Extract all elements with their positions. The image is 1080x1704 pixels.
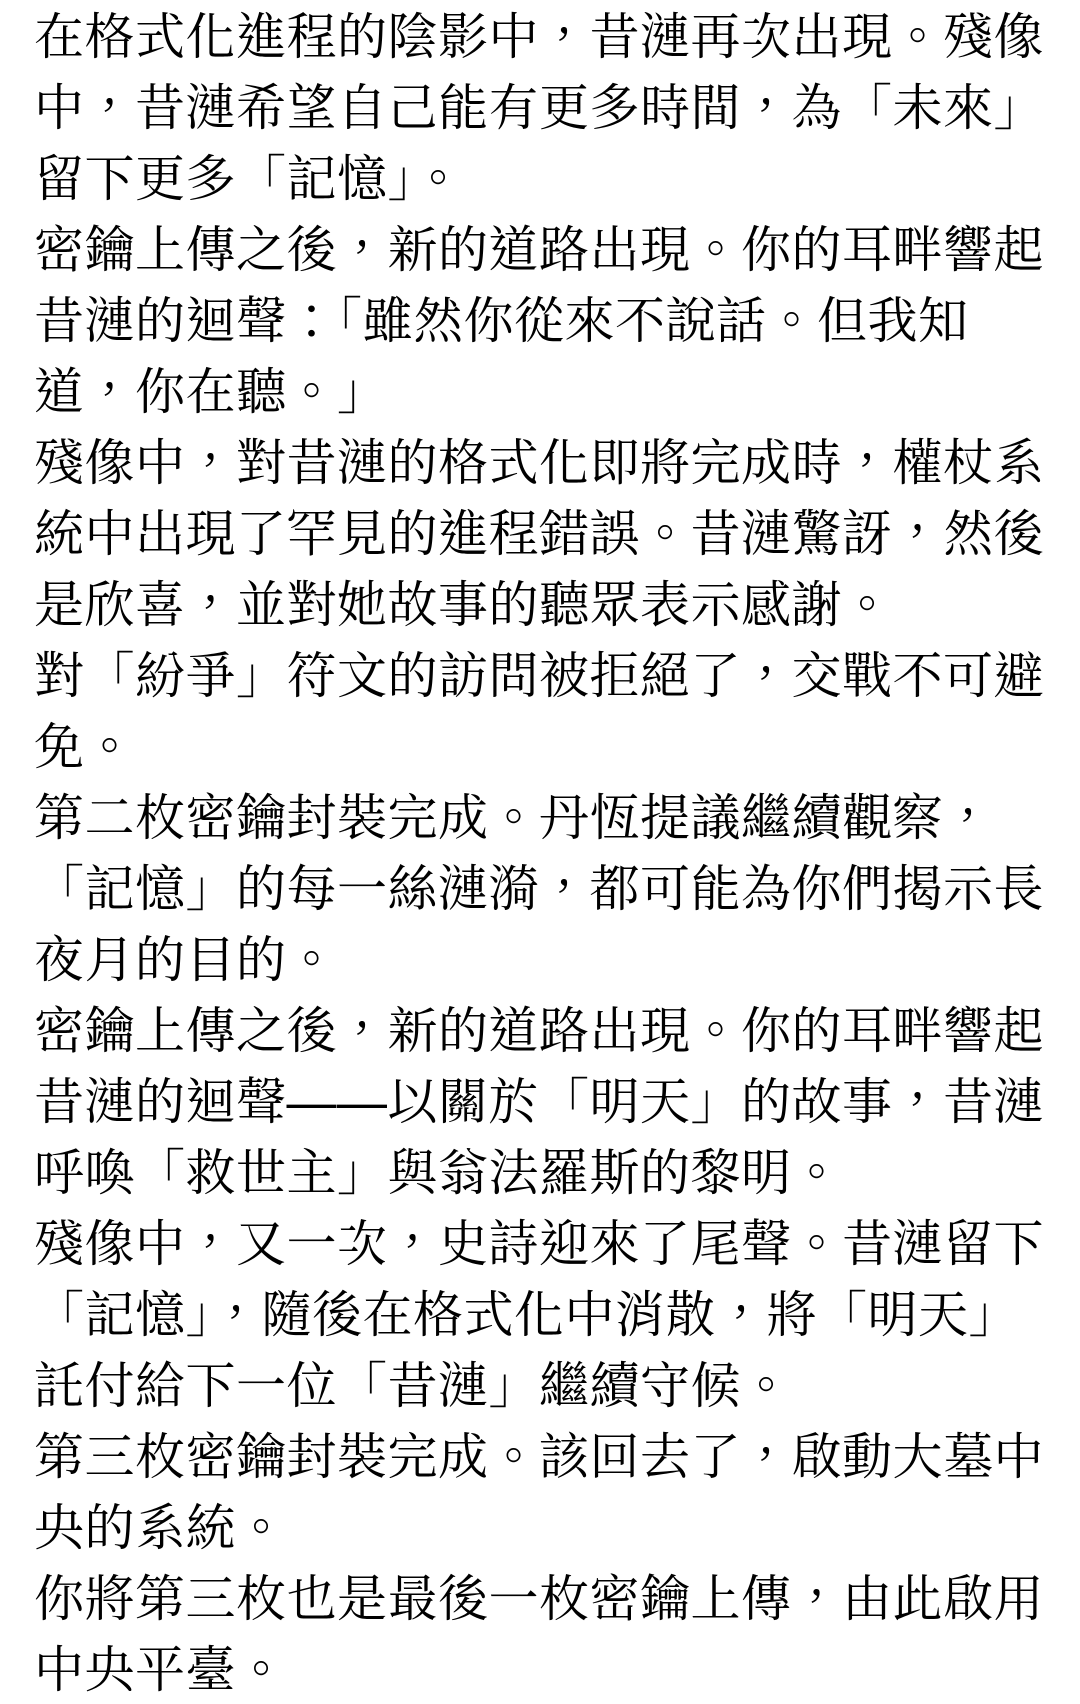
paragraph: 在格式化進程的陰影中，昔漣再次出現。殘像中，昔漣希望自己能有更多時間，為「未來」… bbox=[34, 2, 1050, 215]
paragraph: 第二枚密鑰封裝完成。丹恆提議繼續觀察，「記憶」的每一絲漣漪，都可能為你們揭示長夜… bbox=[34, 783, 1050, 996]
paragraph: 殘像中，又一次，史詩迎來了尾聲。昔漣留下「記憶」，隨後在格式化中消散，將「明天」… bbox=[34, 1209, 1050, 1422]
quest-log-text: 在格式化進程的陰影中，昔漣再次出現。殘像中，昔漣希望自己能有更多時間，為「未來」… bbox=[34, 2, 1050, 1704]
paragraph: 第三枚密鑰封裝完成。該回去了，啟動大墓中央的系統。 bbox=[34, 1422, 1050, 1564]
text-page: 在格式化進程的陰影中，昔漣再次出現。殘像中，昔漣希望自己能有更多時間，為「未來」… bbox=[0, 0, 1080, 1704]
paragraph: 殘像中，對昔漣的格式化即將完成時，權杖系統中出現了罕見的進程錯誤。昔漣驚訝，然後… bbox=[34, 428, 1050, 641]
paragraph: 你將第三枚也是最後一枚密鑰上傳，由此啟用中央平臺。 bbox=[34, 1564, 1050, 1704]
paragraph: 對「紛爭」符文的訪問被拒絕了，交戰不可避免。 bbox=[34, 641, 1050, 783]
paragraph: 密鑰上傳之後，新的道路出現。你的耳畔響起昔漣的迴聲——以關於「明天」的故事，昔漣… bbox=[34, 996, 1050, 1209]
paragraph: 密鑰上傳之後，新的道路出現。你的耳畔響起昔漣的迴聲：「雖然你從來不說話。但我知道… bbox=[34, 215, 1050, 428]
